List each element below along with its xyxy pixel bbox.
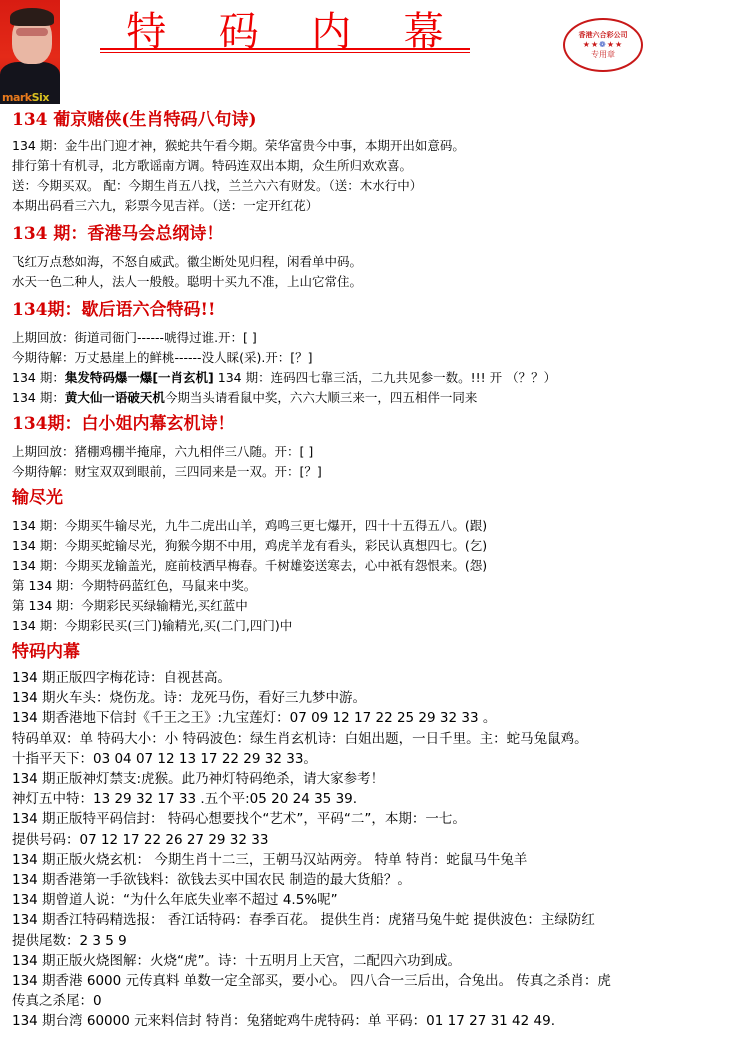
text-line: 134 期火车头：烧伤龙。诗：龙死马伤，看好三九梦中游。: [12, 688, 732, 708]
marksix-avatar-image: markSix: [0, 0, 60, 104]
text-line: 送：今期买双。 配：今期生肖五八找，兰兰六六有财发。（送：木水行中）: [12, 176, 732, 196]
avatar-hair: [10, 8, 54, 26]
bold-phrase: 集发特码爆一爆[一肖玄机]: [65, 370, 214, 385]
section-pujing-poem: 134 葡京赌侠(生肖特码八句诗) 134 期：金牛出门迎才神，猴蛇共午看今期。…: [12, 108, 732, 216]
line-rest: 134 期：连码四七靠三活，二九共见参一数。!!! 开 （？？）: [214, 370, 556, 385]
line-rest: 今期当头请看鼠中奖，六六大顺三来一，四五相伴一同来: [165, 390, 478, 405]
text-line: 十指平天下：03 04 07 12 13 17 22 29 32 33。: [12, 749, 732, 769]
text-line: 134 期正版特平码信封： 特码心想要找个“艺术”，平码“二”，本期：一七。: [12, 809, 732, 829]
line-prefix: 134 期：: [12, 370, 65, 385]
flower-icon: ❁: [599, 40, 607, 49]
text-line: 排行第十有机寻，北方歌谣南方调。特码连双出本期，众生所归欢欢喜。: [12, 156, 732, 176]
text-line: 134 期正版火烧图解：火烧“虎”。诗：十五明月上天宫，二配四六功到成。: [12, 951, 732, 971]
title-underline-thin: [100, 52, 470, 53]
text-line: 134 期香江特码精选报： 香江话特码：春季百花。 提供生肖：虎猪马兔牛蛇 提供…: [12, 910, 732, 930]
stamp-company-name: 香港六合彩公司: [579, 30, 628, 40]
text-line: 134 期香港 6000 元传真料 单数一定全部买，要小心。 四八合一三后出，合…: [12, 971, 732, 991]
section-title: 输尽光: [12, 486, 732, 510]
star-icon: ★★: [607, 40, 623, 49]
section-shu-jin-guang: 输尽光 134 期：今期买牛输尽光，九牛二虎出山羊，鸡鸣三更七爆开，四十十五得五…: [12, 486, 732, 636]
marksix-logo: markSix: [2, 91, 49, 104]
page-header: markSix 特 码 内 幕 香港六合彩公司 ★★❁★★ 专用章: [0, 0, 736, 108]
text-line: 134 期：黄大仙一语破天机今期当头请看鼠中奖，六六大顺三来一，四五相伴一同来: [12, 388, 732, 408]
section-title: 134 葡京赌侠(生肖特码八句诗): [12, 108, 732, 132]
stamp-label: 专用章: [591, 49, 615, 60]
text-line: 今期待解：财宝双双到眼前，三四同来是一双。开：[？]: [12, 462, 732, 482]
text-line: 134 期：今期彩民买(三门)输精光,买(二门,四门)中: [12, 616, 732, 636]
stamp-stars: ★★❁★★: [583, 40, 623, 49]
text-line: 提供尾数：2 3 5 9: [12, 931, 732, 951]
text-line: 神灯五中特：13 29 32 17 33 .五个平:05 20 24 35 39…: [12, 789, 732, 809]
star-icon: ★★: [583, 40, 599, 49]
text-line: 134 期正版神灯禁支:虎猴。此乃神灯特码绝杀，请大家参考！: [12, 769, 732, 789]
text-line: 134 期：今期买龙输盖光，庭前枝洒早梅春。千树雄姿送寒去，心中祇有怨恨来。(怨…: [12, 556, 732, 576]
page-title: 特 码 内 幕: [100, 4, 470, 52]
section-title: 134期：歇后语六合特码!!: [12, 298, 732, 322]
text-line: 134 期曾道人说：“为什么年底失业率不超过 4.5%呢”: [12, 890, 732, 910]
text-line: 水天一色二种人，法人一般般。聪明十买九不准，上山它常住。: [12, 272, 732, 292]
article-content: 134 葡京赌侠(生肖特码八句诗) 134 期：金牛出门迎才神，猴蛇共午看今期。…: [12, 108, 732, 1032]
text-line: 第 134 期：今期特码蓝红色，马鼠来中奖。: [12, 576, 732, 596]
text-line: 134 期：今期买牛输尽光，九牛二虎出山羊，鸡鸣三更七爆开，四十十五得五八。(跟…: [12, 516, 732, 536]
text-line: 提供号码：07 12 17 22 26 27 29 32 33: [12, 830, 732, 850]
title-underline: [100, 48, 470, 50]
text-line: 134 期香港地下信封《千王之王》:九宝莲灯：07 09 12 17 22 25…: [12, 708, 732, 728]
text-line: 134 期正版火烧玄机： 今期生肖十二三，王朝马汉站两旁。 特单 特肖：蛇鼠马牛…: [12, 850, 732, 870]
text-line: 今期待解：万丈悬崖上的鲜桃------没人睬(采).开：[？]: [12, 348, 732, 368]
text-line: 134 期台湾 60000 元来料信封 特肖：兔猪蛇鸡牛虎特码：单 平码：01 …: [12, 1011, 732, 1031]
section-tema-neimu: 特码内幕 134 期正版四字梅花诗：自视甚高。 134 期火车头：烧伤龙。诗：龙…: [12, 640, 732, 1032]
text-line: 飞红万点愁如海，不怒自威武。徽尘断处见归程，闲看单中码。: [12, 252, 732, 272]
text-line: 134 期正版四字梅花诗：自视甚高。: [12, 668, 732, 688]
section-hk-jockey-poem: 134 期：香港马会总纲诗！ 飞红万点愁如海，不怒自威武。徽尘断处见归程，闲看单…: [12, 222, 732, 292]
section-title: 134期：白小姐内幕玄机诗！: [12, 412, 732, 436]
text-line: 特码单双：单 特码大小：小 特码波色：绿生肖玄机诗：白姐出题，一日千里。主：蛇马…: [12, 729, 732, 749]
text-line: 上期回放：街道司衙门------唬得过谁.开：[ ]: [12, 328, 732, 348]
text-line: 134 期：金牛出门迎才神，猴蛇共午看今期。荣华富贵今中事，本期开出如意码。: [12, 136, 732, 156]
section-title: 特码内幕: [12, 640, 732, 664]
text-line: 传真之杀尾：0: [12, 991, 732, 1011]
section-bai-xiaojie: 134期：白小姐内幕玄机诗！ 上期回放：猪棚鸡棚半掩扉，六九相伴三八随。开：[ …: [12, 412, 732, 482]
text-line: 134 期香港第一手欲钱料：欲钱去买中国农民 制造的最大货船？。: [12, 870, 732, 890]
text-line: 本期出码看三六九，彩票今见吉祥。（送：一定开红花）: [12, 196, 732, 216]
company-seal-stamp: 香港六合彩公司 ★★❁★★ 专用章: [563, 18, 643, 72]
text-line: 134 期：今期买蛇输尽光，狗猴今期不中用，鸡虎羊龙有看头，彩民认真想四七。(乞…: [12, 536, 732, 556]
bold-phrase: 黄大仙一语破天机: [65, 390, 165, 405]
section-xiehouyu: 134期：歇后语六合特码!! 上期回放：街道司衙门------唬得过谁.开：[ …: [12, 298, 732, 408]
avatar-glasses: [16, 28, 48, 36]
logo-six: Six: [32, 91, 49, 104]
text-line: 134 期：集发特码爆一爆[一肖玄机] 134 期：连码四七靠三活，二九共见参一…: [12, 368, 732, 388]
text-line: 第 134 期：今期彩民买绿输精光,买红蓝中: [12, 596, 732, 616]
section-title: 134 期：香港马会总纲诗！: [12, 222, 732, 246]
logo-mark: mark: [2, 91, 32, 104]
line-prefix: 134 期：: [12, 390, 65, 405]
text-line: 上期回放：猪棚鸡棚半掩扉，六九相伴三八随。开：[ ]: [12, 442, 732, 462]
